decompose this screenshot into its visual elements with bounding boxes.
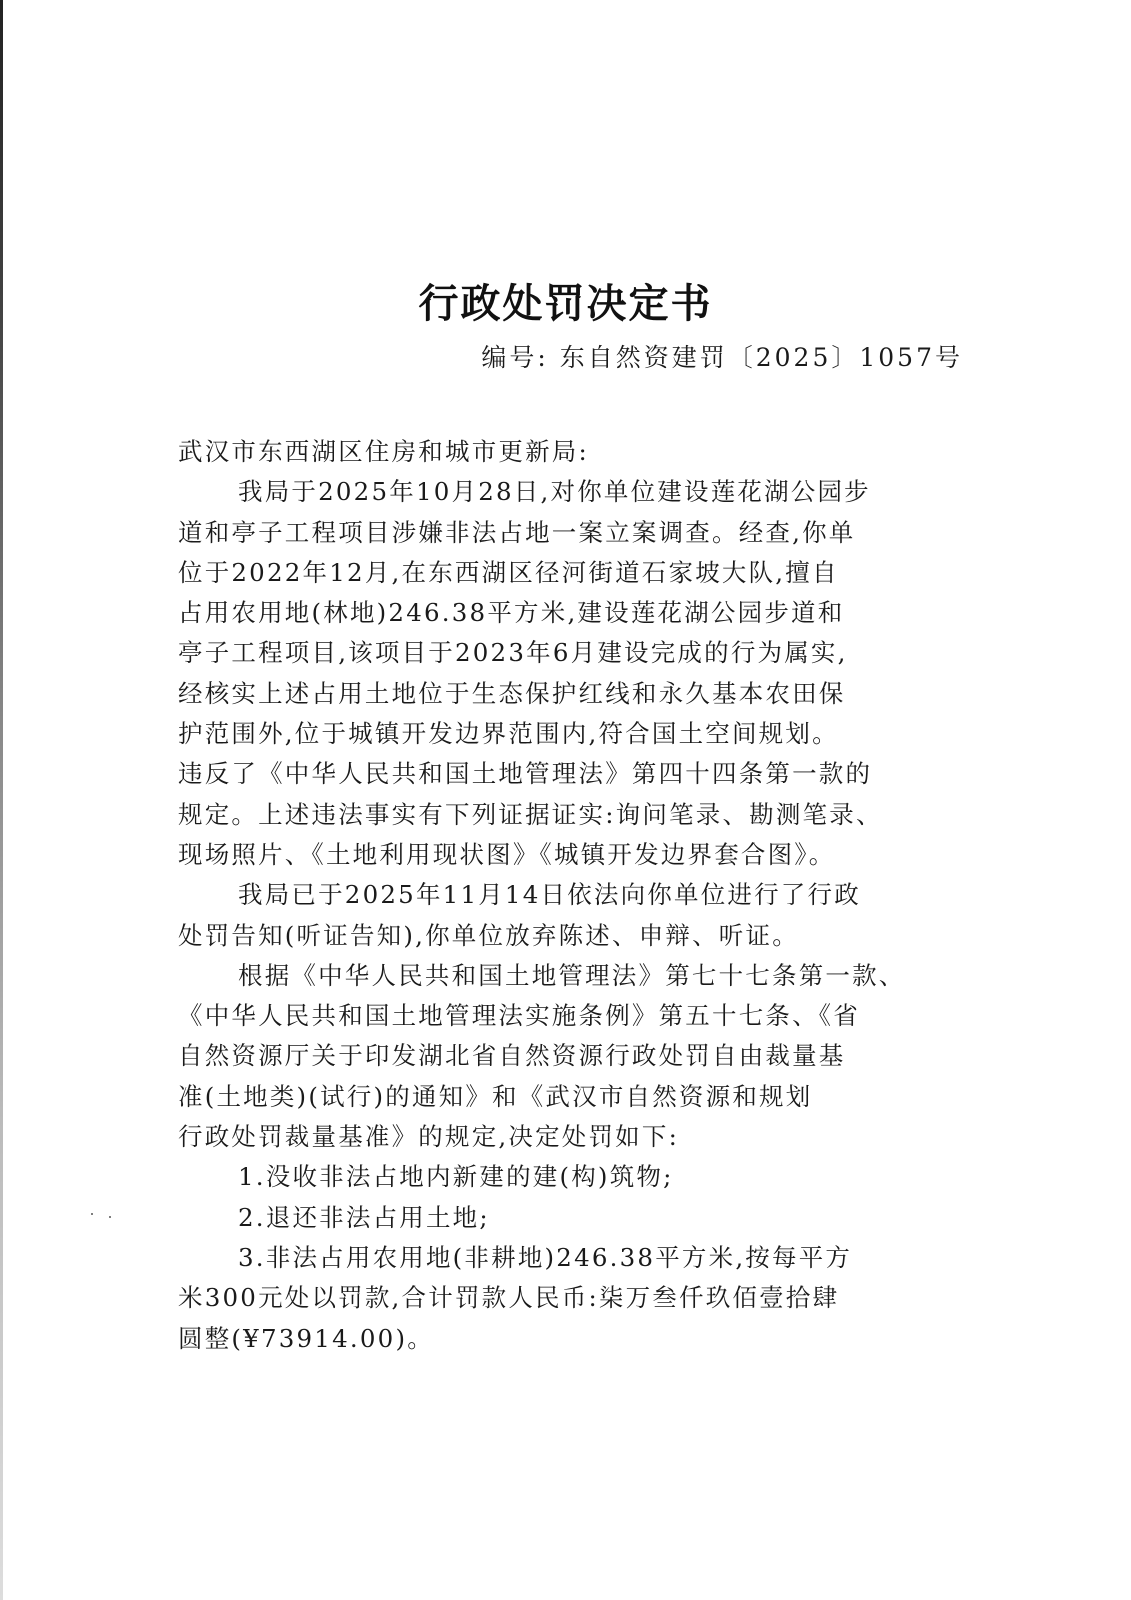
recipient-line: 武汉市东西湖区住房和城市更新局:	[178, 432, 968, 472]
body-line: 位于2022年12月,在东西湖区径河街道石家坡大队,擅自	[178, 553, 968, 593]
body-line: 处罚告知(听证告知),你单位放弃陈述、申辩、听证。	[178, 916, 968, 956]
body-line: 《中华人民共和国土地管理法实施条例》第五十七条、《省	[178, 996, 968, 1036]
body-line: 我局于2025年10月28日,对你单位建设莲花湖公园步	[178, 472, 968, 512]
penalty-item-1: 1.没收非法占地内新建的建(构)筑物;	[178, 1157, 968, 1197]
body-line: 我局已于2025年11月14日依法向你单位进行了行政	[178, 875, 968, 915]
body-line: 规定。上述违法事实有下列证据证实:询问笔录、勘测笔录、	[178, 795, 968, 835]
body-line: 根据《中华人民共和国土地管理法》第七十七条第一款、	[178, 956, 968, 996]
document-number: 编号: 东自然资建罚〔2025〕1057号	[481, 338, 963, 374]
body-line: 自然资源厅关于印发湖北省自然资源行政处罚自由裁量基	[178, 1036, 968, 1076]
body-line: 亭子工程项目,该项目于2023年6月建设完成的行为属实,	[178, 633, 968, 673]
penalty-item-2: 2.退还非法占用土地;	[178, 1198, 968, 1238]
body-line: 现场照片、《土地利用现状图》《城镇开发边界套合图》。	[178, 835, 968, 875]
scan-speck	[109, 1216, 111, 1218]
body-line: 米300元处以罚款,合计罚款人民币:柒万叁仟玖佰壹拾肆	[178, 1278, 968, 1318]
body-line: 圆整(¥73914.00)。	[178, 1319, 968, 1359]
document-title: 行政处罚决定书	[0, 272, 1131, 329]
body-line: 占用农用地(林地)246.38平方米,建设莲花湖公园步道和	[178, 593, 968, 633]
scan-edge	[0, 0, 3, 1600]
body-line: 准(土地类)(试行)的通知》和《武汉市自然资源和规划	[178, 1077, 968, 1117]
penalty-item-3: 3.非法占用农用地(非耕地)246.38平方米,按每平方	[178, 1238, 968, 1278]
document-body: 武汉市东西湖区住房和城市更新局: 我局于2025年10月28日,对你单位建设莲花…	[178, 432, 968, 1359]
body-line: 违反了《中华人民共和国土地管理法》第四十四条第一款的	[178, 754, 968, 794]
body-line: 行政处罚裁量基准》的规定,决定处罚如下:	[178, 1117, 968, 1157]
body-line: 经核实上述占用土地位于生态保护红线和永久基本农田保	[178, 674, 968, 714]
scan-speck	[91, 1213, 93, 1215]
body-line: 护范围外,位于城镇开发边界范围内,符合国土空间规划。	[178, 714, 968, 754]
body-line: 道和亭子工程项目涉嫌非法占地一案立案调查。经查,你单	[178, 513, 968, 553]
